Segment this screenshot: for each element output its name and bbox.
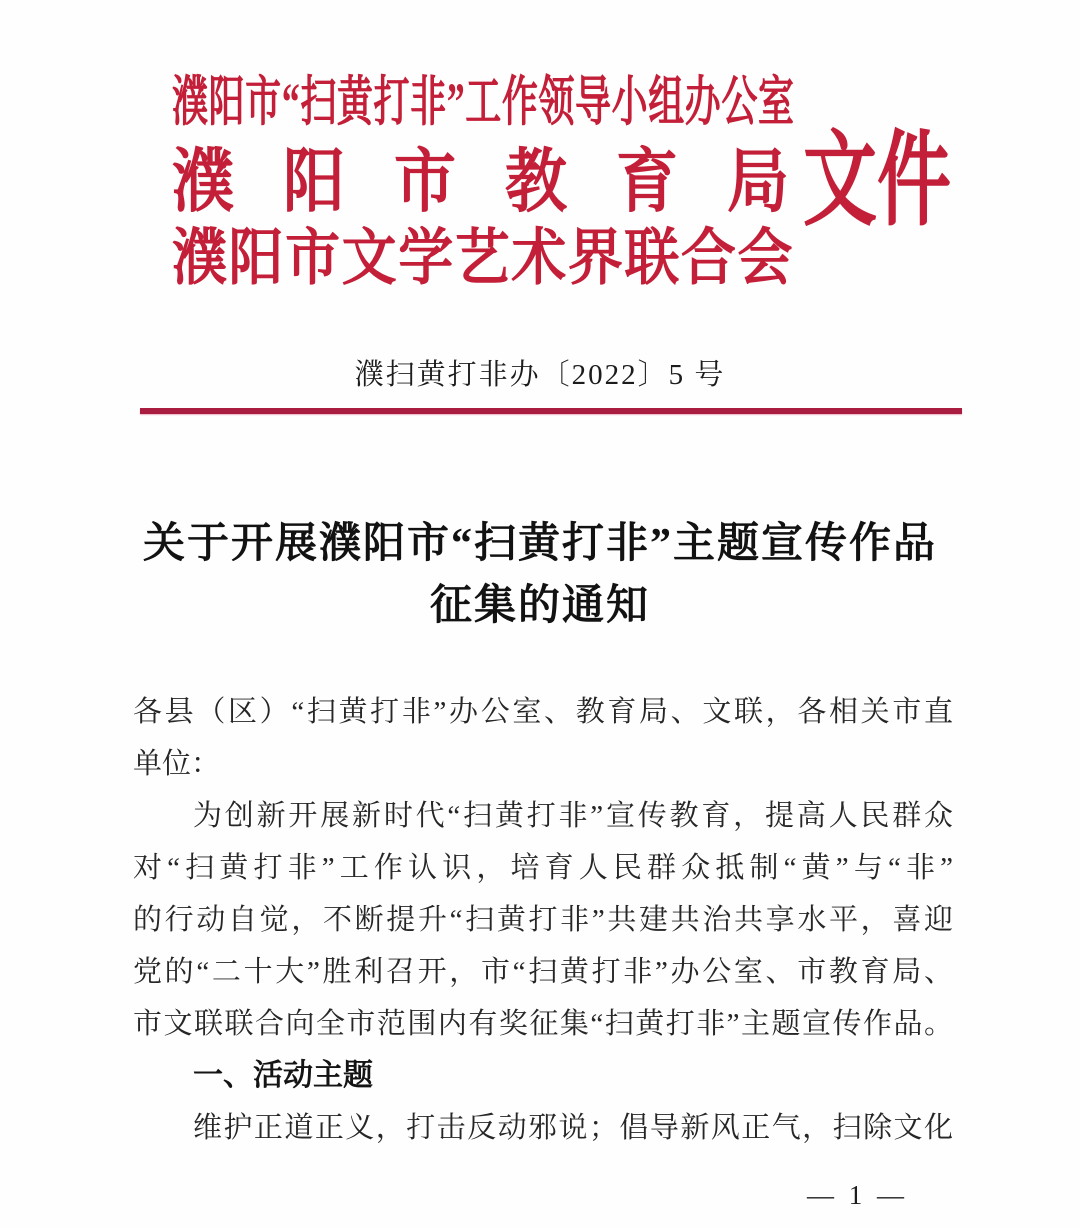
body-line: 市文联联合向全市范围内有奖征集“扫黄打非”主题宣传作品。 xyxy=(133,998,953,1050)
doc-type-label: 文件 xyxy=(803,130,951,234)
body-line: 对“扫黄打非”工作认识，培育人民群众抵制“黄”与“非” xyxy=(133,842,953,894)
org-name-line-1: 濮阳市“扫黄打非”工作领导小组办公室 xyxy=(172,75,794,129)
section-heading-activity-theme: 一、活动主题 xyxy=(133,1050,953,1102)
body-line-salutation: 各县（区）“扫黄打非”办公室、教育局、文联，各相关市直 xyxy=(133,686,953,738)
title-line-1: 关于开展濮阳市“扫黄打非”主题宣传作品 xyxy=(0,513,1080,575)
body-line: 为创新开展新时代“扫黄打非”宣传教育，提高人民群众 xyxy=(133,790,953,842)
body-line: 的行动自觉，不断提升“扫黄打非”共建共治共享水平，喜迎 xyxy=(133,894,953,946)
doc-number: 濮扫黄打非办〔2022〕5 号 xyxy=(0,352,1080,393)
body-line-salutation-cont: 单位： xyxy=(133,738,953,790)
org-name-line-2: 濮阳市教育局 xyxy=(172,148,794,217)
body-line: 维护正道正义，打击反动邪说；倡导新风正气，扫除文化 xyxy=(133,1102,953,1154)
document-page: 濮阳市“扫黄打非”工作领导小组办公室 濮阳市教育局 濮阳市文学艺术界联合会 文件… xyxy=(0,0,1080,1228)
red-divider-rule xyxy=(140,408,962,414)
org-name-line-3: 濮阳市文学艺术界联合会 xyxy=(172,227,794,289)
title-line-2: 征集的通知 xyxy=(0,575,1080,637)
body-text: 各县（区）“扫黄打非”办公室、教育局、文联，各相关市直 单位： 为创新开展新时代… xyxy=(133,686,953,1154)
page-number: — 1 — xyxy=(807,1180,908,1211)
notice-title: 关于开展濮阳市“扫黄打非”主题宣传作品 征集的通知 xyxy=(0,513,1080,637)
body-line: 党的“二十大”胜利召开，市“扫黄打非”办公室、市教育局、 xyxy=(133,946,953,998)
